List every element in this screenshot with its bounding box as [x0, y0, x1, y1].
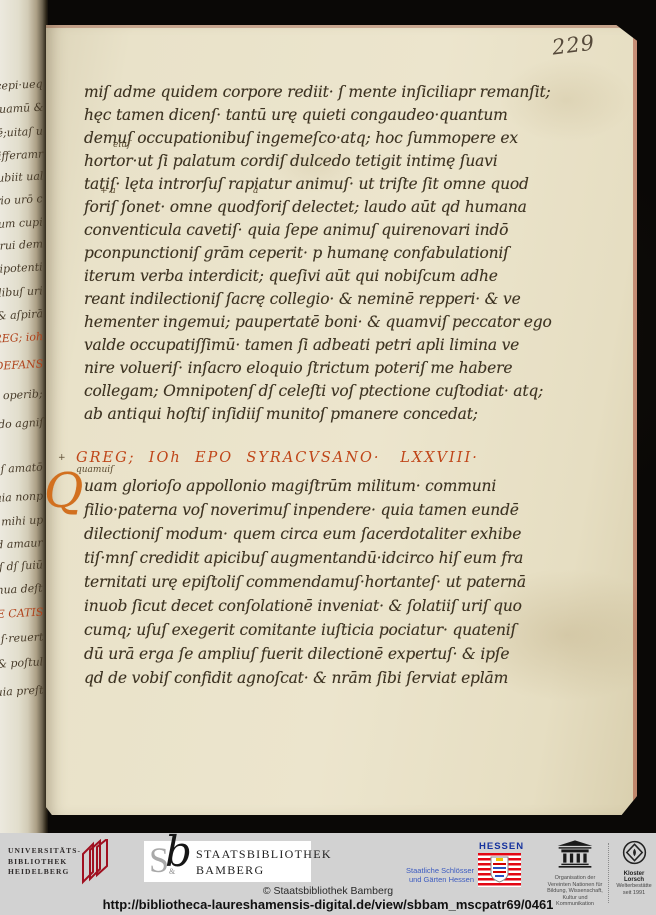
- hessen-wordmark: HESSEN: [479, 841, 521, 852]
- interlinear-gloss: + a: [100, 186, 116, 196]
- bamberg-label-line2: BAMBERG: [196, 863, 264, 878]
- unesco-temple-icon: [555, 840, 595, 868]
- facing-page-text-fragment: querui dem: [0, 238, 43, 252]
- interlinear-gloss: quamuiſ: [76, 465, 113, 475]
- facing-page-text-fragment: lo DEFANS: [0, 358, 43, 372]
- bamberg-logo-box: S b & STAATSBIBLIOTHEK BAMBERG: [144, 841, 311, 882]
- interlinear-gloss: eiuſ: [113, 140, 130, 150]
- facing-page-text-fragment: vi· GREG; ioh: [0, 331, 43, 346]
- facing-page-text-fragment: do agniſ: [0, 417, 43, 430]
- interlinear-gloss: +: [58, 453, 66, 463]
- facing-page-text-fragment: t differamr: [0, 148, 43, 162]
- heidelberg-library-label: UNIVERSITÄTS-BIBLIOTHEKHEIDELBERG: [8, 846, 81, 878]
- hessen-coat-of-arms-icon: [478, 853, 521, 887]
- facing-page-text-fragment: ſ·quia nonp: [0, 490, 43, 504]
- facing-page-text-fragment: orum cupi: [0, 217, 43, 231]
- hessen-caption-line: Staatliche Schlösser: [378, 866, 474, 875]
- hessen-caption: Staatliche Schlösserund Gärten Hessen: [378, 866, 474, 884]
- hessen-shield-icon: [490, 856, 509, 888]
- facing-page-text-fragment: onuſ·reuert: [0, 631, 43, 645]
- facing-page-edge: ſuſcepi·ueqquamū &ntē;uitaſ ut differamr…: [0, 0, 48, 833]
- unesco-caption-line: Organisation der: [546, 875, 604, 882]
- bamberg-label-line1: STAATSBIBLIOTHEK: [196, 847, 332, 862]
- facing-page-text-fragment: DE CATIS: [0, 607, 43, 621]
- facing-page-text-fragment: quamū &: [0, 102, 43, 116]
- heidelberg-label-line: HEIDELBERG: [8, 867, 81, 878]
- folio-number: 229: [551, 30, 597, 59]
- facing-page-text-fragment: a ſubiit ual: [0, 170, 43, 184]
- facing-page-text-fragment: mnipotenti: [0, 261, 43, 275]
- heidelberg-logo-icon: [79, 839, 113, 890]
- facing-page-text-fragment: nſ & operib;: [0, 388, 43, 403]
- facing-page-text-fragment: ·quia preſt: [0, 684, 43, 698]
- source-url: http://bibliotheca-laureshamensis-digita…: [0, 897, 656, 912]
- facing-page-text-fragment: hſ alibuſ uri: [0, 285, 43, 299]
- facing-page-text-fragment: co qd amaur: [0, 537, 43, 552]
- facing-page-text-fragment: ere & aſpirā: [0, 308, 43, 323]
- bamberg-monogram-flourish: &: [169, 867, 175, 876]
- facing-page-text-fragment: ntē;uitaſ u: [0, 125, 43, 139]
- facing-page-text-fragment: luſ amatō: [0, 462, 43, 476]
- hessen-caption-line: und Gärten Hessen: [378, 875, 474, 884]
- facing-page-text-fragment: qui mihi up: [0, 514, 43, 528]
- manuscript-photo: ſuſcepi·ueqquamū &ntē;uitaſ ut differamr…: [0, 0, 656, 833]
- lorsch-name: Kloster Lorsch: [613, 871, 655, 883]
- facing-page-text-fragment: ſiderio urō c: [0, 193, 43, 208]
- scan-viewer-page: ſuſcepi·ueqquamū &ntē;uitaſ ut differamr…: [0, 0, 656, 915]
- copyright-caption: © Staatsbibliothek Bamberg: [0, 885, 656, 897]
- gloss-layer: eiuſ+ aa+quamuiſ: [84, 25, 544, 815]
- interlinear-gloss: a: [253, 186, 258, 196]
- facing-page-text-fragment: ſuſcepi·ueq: [0, 78, 43, 92]
- manuscript-page: 229 Q miſ adme quidem corpore rediit· ſ …: [46, 25, 637, 815]
- facing-page-text-fragment: tenſ dſ ſuiū: [0, 559, 43, 573]
- facing-page-text-fragment: tē; & poſtul: [0, 656, 43, 670]
- footer-bar: UNIVERSITÄTS-BIBLIOTHEKHEIDELBERG S b & …: [0, 833, 656, 915]
- heidelberg-label-line: UNIVERSITÄTS-: [8, 846, 81, 857]
- heidelberg-label-line: BIBLIOTHEK: [8, 857, 81, 868]
- kloster-lorsch-icon: [622, 840, 647, 865]
- facing-page-text-fragment: mnua deſt: [0, 583, 43, 597]
